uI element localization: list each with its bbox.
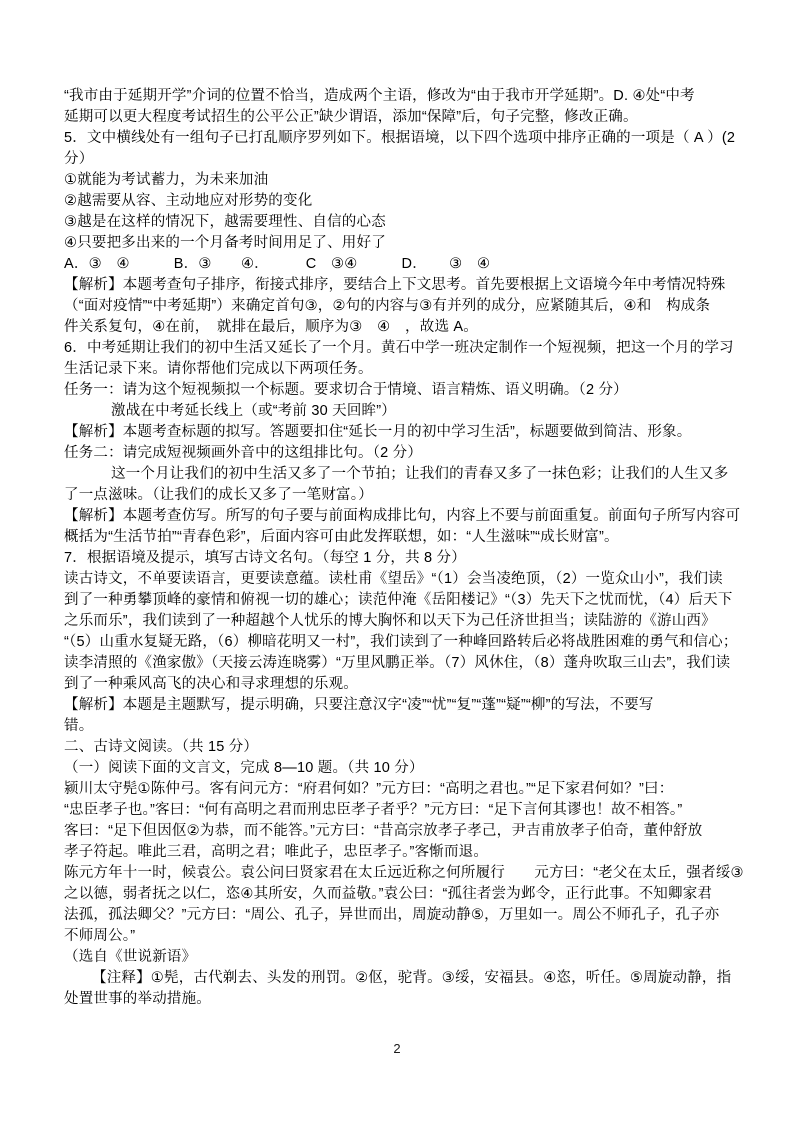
text-line: “（5）山重水复疑无路，（6）柳暗花明又一村”，我们读到了一种峰回路转后必将战胜… — [64, 632, 742, 653]
choice-options-row: A．③ ④ B．③ ④． C ③④ D． ③ ④ — [64, 254, 742, 275]
text-line: 不师周公。” — [64, 926, 742, 947]
document-body: “我市由于延期开学”介词的位置不恰当，造成两个主语，修改为“由于我市开学延期”。… — [64, 86, 742, 1010]
task-2-answer: 这一个月让我们的初中生活又多了一个节拍；让我们的青春又多了一抹色彩；让我们的人生… — [64, 464, 742, 485]
text-line: 错。 — [64, 716, 742, 737]
section-2-heading: 二、古诗文阅读。（共 15 分） — [64, 737, 742, 758]
document-page: { "document": { "lines": [ "“我市由于延期开学”介词… — [0, 0, 794, 1123]
text-line: 件关系复句，④在前， 就排在最后，顺序为③ ④ ，故选 A。 — [64, 317, 742, 338]
analysis-q7: 【解析】本题是主题默写，提示明确，只要注意汉字“凌”“忧”“复”“蓬”“疑”“柳… — [64, 695, 742, 716]
text-line: 读李清照的《渔家傲》（天接云涛连晓雾）“万里风鹏正举。（7）风休住，（8）蓬舟吹… — [64, 653, 742, 674]
text-line: “我市由于延期开学”介词的位置不恰当，造成两个主语，修改为“由于我市开学延期”。… — [64, 86, 742, 107]
sentence-option-2: ②越需要从容、主动地应对形势的变化 — [64, 191, 742, 212]
text-line: 生活记录下来。请你帮他们完成以下两项任务。 — [64, 359, 742, 380]
analysis-task-1: 【解析】本题考查标题的拟写。答题要扣住“延长一月的初中学习生活”，标题要做到简洁… — [64, 422, 742, 443]
notes-line: 【注释】①髡，古代剃去、头发的刑罚。②伛，驼背。③绥，安福县。④恣，听任。⑤周旋… — [64, 968, 742, 989]
sentence-option-1: ①就能为考试蓄力，为未来加油 — [64, 170, 742, 191]
task-1-answer: 激战在中考延长线上（或“考前 30 天回眸”） — [64, 401, 742, 422]
sentence-option-4: ④只要把多出来的一个月备考时间用足了、用好了 — [64, 233, 742, 254]
text-line: 客曰：“足下但因伛②为恭，而不能答。”元方曰：“昔高宗放孝子孝己，尹吉甫放孝子伯… — [64, 821, 742, 842]
text-line: 之以德，弱者抚之以仁，恣④其所安，久而益敬。”袁公曰：“孤往者尝为邺令，正行此事… — [64, 884, 742, 905]
question-5: 5．文中横线处有一组句子已打乱顺序罗列如下。根据语境，以下四个选项中排序正确的一… — [64, 128, 742, 149]
source-attribution: （选自《世说新语》 — [64, 947, 742, 968]
text-line: 到了一种勇攀顶峰的豪情和俯视一切的雄心；读范仲淹《岳阳楼记》“（3）先天下之忧而… — [64, 590, 742, 611]
text-line: 分） — [64, 149, 742, 170]
text-line: （“面对疫情”“中考延期”）来确定首句③，②句的内容与③有并列的成分，应紧随其后… — [64, 296, 742, 317]
analysis-q5: 【解析】本题考查句子排序，衔接式排序，要结合上下文思考。首先要根据上文语境今年中… — [64, 275, 742, 296]
text-line: “忠臣孝子也。”客曰：“何有高明之君而刑忠臣孝子者乎？”元方曰：“足下言何其谬也… — [64, 800, 742, 821]
text-line: 孝子符起。唯此三君，高明之君；唯此子，忠臣孝子。”客惭而退。 — [64, 842, 742, 863]
page-footer: 2 — [0, 1040, 794, 1058]
task-1: 任务一：请为这个短视频拟一个标题。要求切合于情境、语言精炼、语义明确。（2 分） — [64, 380, 742, 401]
subsection-1-heading: （一）阅读下面的文言文，完成 8—10 题。（共 10 分） — [64, 758, 742, 779]
question-6: 6．中考延期让我们的初中生活又延长了一个月。黄石中学一班决定制作一个短视频，把这… — [64, 338, 742, 359]
sentence-option-3: ③越是在这样的情况下，越需要理性、自信的心态 — [64, 212, 742, 233]
analysis-task-2: 【解析】本题考查仿写。所写的句子要与前面构成排比句，内容上不要与前面重复。前面句… — [64, 506, 742, 527]
text-line: 读古诗文，不单要读语言，更要读意蕴。读杜甫《望岳》“（1）会当凌绝顶，（2）一览… — [64, 569, 742, 590]
text-line: 了一点滋味。（让我们的成长又多了一笔财富。） — [64, 485, 742, 506]
classical-text-para-2: 陈元方年十一时，候袁公。袁公问曰贤家君在太丘远近称之何所履行 元方曰：“老父在太… — [64, 863, 742, 884]
text-line: 延期可以更大程度考试招生的公平公正”缺少谓语，添加“保障”后，句子完整，修改正确… — [64, 107, 742, 128]
text-line: 法孤，孤法卿父？”元方曰：“周公、孔子，异世而出，周旋动静⑤，万里如一。周公不师… — [64, 905, 742, 926]
text-line: 处置世事的举动措施。 — [64, 989, 742, 1010]
question-7: 7．根据语境及提示，填写古诗文名句。（每空 1 分，共 8 分） — [64, 548, 742, 569]
page-number: 2 — [393, 1041, 400, 1056]
text-line: 概括为“生活节拍”“青春色彩”，后面内容可由此发挥联想，如：“人生滋味”“成长财… — [64, 527, 742, 548]
text-line: 之乐而乐”，我们读到了一种超越个人忧乐的博大胸怀和以天下为己任济世担当；读陆游的… — [64, 611, 742, 632]
text-line: 到了一种乘风高飞的决心和寻求理想的乐观。 — [64, 674, 742, 695]
classical-text-para-1: 颍川太守髡①陈仲弓。客有问元方：“府君何如？”元方曰：“高明之君也。”“足下家君… — [64, 779, 742, 800]
task-2: 任务二：请完成短视频画外音中的这组排比句。（2 分） — [64, 443, 742, 464]
